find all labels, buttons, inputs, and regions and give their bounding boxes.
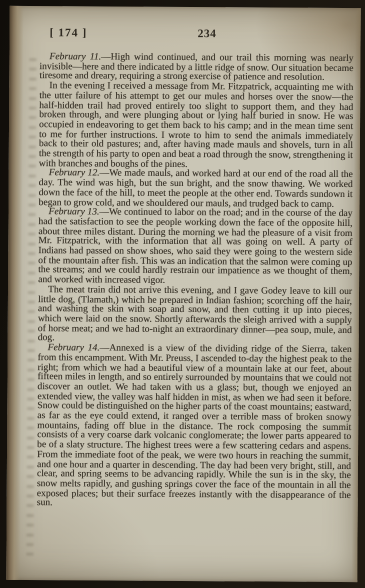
journal-body: February 11.—High wind continued, and ou… (37, 52, 354, 510)
page-header: [ 174 ] 234 (40, 27, 354, 43)
book-page: [ 174 ] 234 February 11.—High wind conti… (6, 6, 360, 582)
entry-text: In the evening I received a message from… (39, 80, 354, 169)
paragraph-fitzpatrick-message: In the evening I received a message from… (39, 81, 354, 170)
paragraph-february-13: February 13.—We continued to labor on th… (38, 207, 352, 287)
paragraph-february-11: February 11.—High wind continued, and ou… (39, 52, 353, 83)
ink-showthrough-smudges (26, 58, 36, 558)
book-scan: [ 174 ] 234 February 11.—High wind conti… (0, 0, 365, 588)
document-signature: [ 174 ] (50, 27, 88, 39)
page-content: [ 174 ] 234 February 11.—High wind conti… (37, 27, 354, 510)
entry-text: The meat train did not arrive this eveni… (38, 284, 352, 344)
paragraph-february-12: February 12.—We made mauls, and worked h… (39, 169, 353, 210)
page-number: 234 (198, 28, 217, 40)
entry-text: —Annexed is a view of the dividing ridge… (37, 343, 352, 509)
paragraph-meat-train: The meat train did not arrive this eveni… (38, 285, 352, 345)
entry-text: —We continued to labor on the road; and … (38, 207, 352, 286)
binding-edge (6, 6, 24, 580)
paragraph-february-14: February 14.—Annexed is a view of the di… (37, 343, 352, 510)
